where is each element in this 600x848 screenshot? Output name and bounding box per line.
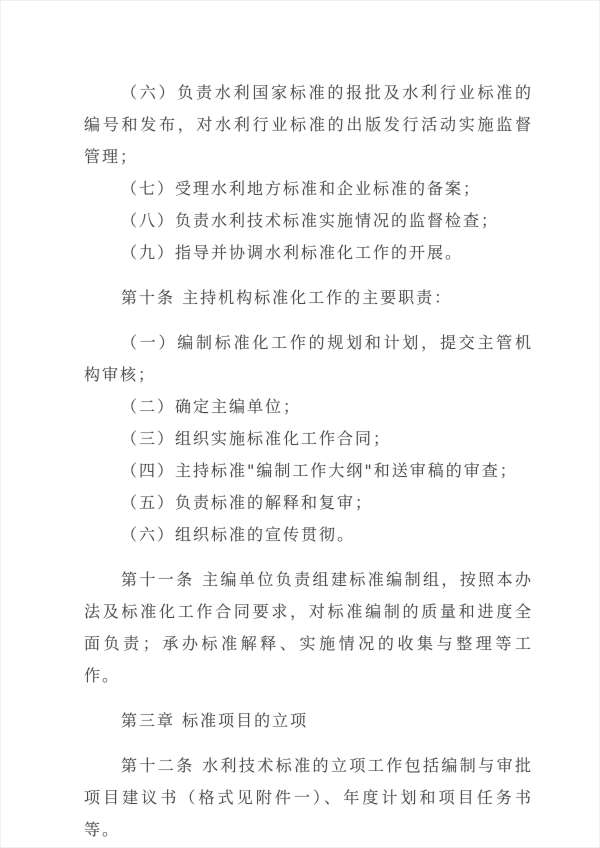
paragraph: 第十二条 水利技术标准的立项工作包括编制与审批项目建议书（格式见附件一）、年度计… (84, 750, 533, 846)
paragraph: （四）主持标准"编制工作大纲"和送审稿的审查； (84, 455, 533, 487)
paragraph: 第十一条 主编单位负责组建标准编制组，按照本办法及标准化工作合同要求，对标准编制… (84, 564, 533, 692)
paragraph: 第十条 主持机构标准化工作的主要职责： (84, 282, 533, 314)
document-body: （六）负责水利国家标准的报批及水利行业标准的编号和发布，对水利行业标准的出版发行… (84, 77, 533, 846)
paragraph: （三）组织实施标准化工作合同； (84, 423, 533, 455)
paragraph: （六）组织标准的宣传贯彻。 (84, 519, 533, 551)
paragraph: （七）受理水利地方标准和企业标准的备案； (84, 173, 533, 205)
paragraph: （一）编制标准化工作的规划和计划，提交主管机构审核； (84, 327, 533, 391)
paragraph: （二）确定主编单位； (84, 391, 533, 423)
paragraph: （八）负责水利技术标准实施情况的监督检查； (84, 205, 533, 237)
paragraph: （五）负责标准的解释和复审； (84, 487, 533, 519)
document-page: （六）负责水利国家标准的报批及水利行业标准的编号和发布，对水利行业标准的出版发行… (0, 0, 600, 848)
paragraph: （六）负责水利国家标准的报批及水利行业标准的编号和发布，对水利行业标准的出版发行… (84, 77, 533, 173)
chapter-heading: 第三章 标准项目的立项 (84, 705, 533, 737)
paragraph: （九）指导并协调水利标准化工作的开展。 (84, 237, 533, 269)
